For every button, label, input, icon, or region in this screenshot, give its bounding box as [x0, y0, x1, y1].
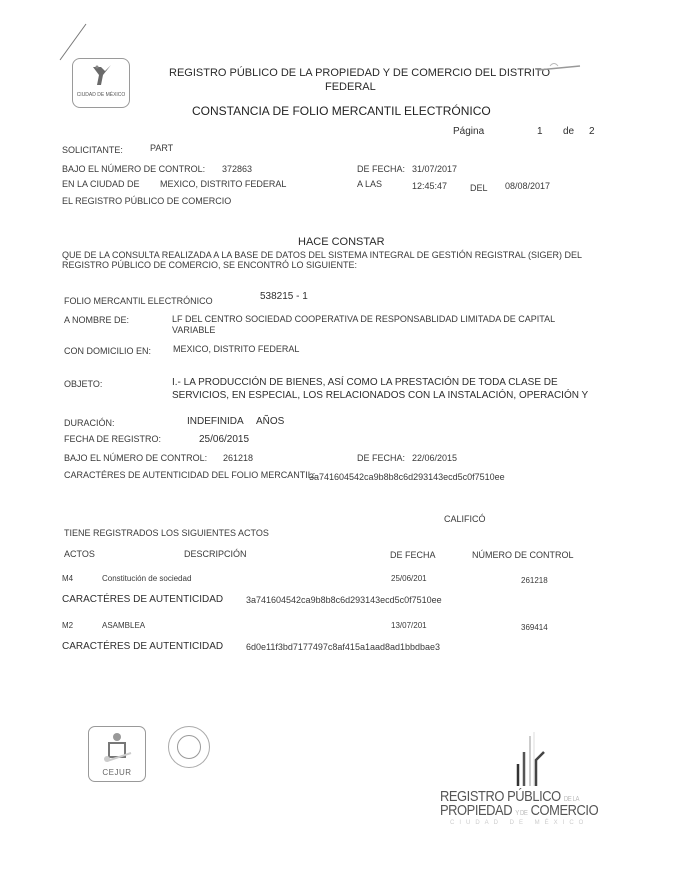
pen-stroke-mark — [58, 22, 88, 62]
fecha-label: DE FECHA: — [357, 164, 405, 174]
duracion-value: INDEFINIDA — [187, 416, 244, 427]
duracion-label: DURACIÓN: — [64, 418, 115, 428]
declaration-line2: REGISTRO PÚBLICO DE COMERCIO, SE ENCONTR… — [62, 260, 357, 270]
folio-control-label: BAJO EL NÚMERO DE CONTROL: — [64, 453, 207, 463]
rppc-columns-icon — [508, 730, 548, 788]
rppc-text-small: Y DE — [515, 810, 527, 817]
row-autenticidad-value: 6d0e11f3bd7177497c8af415a1aad8ad1bbdbae3 — [246, 642, 440, 652]
rppc-line2: PROPIEDAD Y DE COMERCIO — [440, 802, 598, 819]
hace-constar-heading: HACE CONSTAR — [298, 236, 385, 248]
page-label: Página — [453, 126, 484, 137]
folio-control-value: 261218 — [223, 453, 253, 463]
row-descripcion: Constitución de sociedad — [102, 574, 191, 583]
signature-mark — [536, 60, 584, 74]
domicilio-value: MEXICO, DISTRITO FEDERAL — [173, 344, 299, 354]
row-fecha: 13/07/201 — [391, 621, 427, 630]
header-title-line1: REGISTRO PÚBLICO DE LA PROPIEDAD Y DE CO… — [169, 67, 550, 79]
declaration-line1: QUE DE LA CONSULTA REALIZADA A LA BASE D… — [62, 250, 582, 260]
folio-autenticidad-value: 3a741604542ca9b8b8c6d293143ecd5c0f7510ee — [309, 472, 505, 482]
col-fecha: DE FECHA — [390, 550, 436, 560]
rppc-line3: CIUDAD DE MÉXICO — [450, 820, 588, 826]
folio-value: 538215 - 1 — [260, 291, 308, 302]
duracion-unit: AÑOS — [256, 416, 284, 427]
control-label: BAJO EL NÚMERO DE CONTROL: — [62, 164, 205, 174]
cdmx-logo: CIUDAD DE MÉXICO — [72, 58, 130, 108]
control-value: 372863 — [222, 164, 252, 174]
fecha-value: 31/07/2017 — [412, 164, 457, 174]
header-title-line2: FEDERAL — [325, 81, 376, 93]
objeto-line2: SERVICIOS, EN ESPECIAL, LOS RELACIONADOS… — [172, 390, 588, 401]
domicilio-label: CON DOMICILIO EN: — [64, 346, 151, 356]
col-descripcion: DESCRIPCIÓN — [184, 549, 247, 559]
solicitante-value: PART — [150, 143, 173, 153]
cejur-label: CEJUR — [89, 768, 145, 777]
row-acto: M2 — [62, 621, 73, 630]
nombre-line1: LF DEL CENTRO SOCIEDAD COOPERATIVA DE RE… — [172, 314, 555, 324]
folio-label: FOLIO MERCANTIL ELECTRÓNICO — [64, 296, 213, 306]
row-fecha: 25/06/201 — [391, 574, 427, 583]
folio-fecha-value: 22/06/2015 — [412, 453, 457, 463]
rppc-text: PROPIEDAD — [440, 802, 512, 819]
official-seal — [168, 726, 210, 768]
person-icon — [99, 731, 135, 765]
row-autenticidad-label: CARACTÉRES DE AUTENTICIDAD — [62, 594, 223, 605]
nombre-label: A NOMBRE DE: — [64, 315, 129, 325]
objeto-label: OBJETO: — [64, 379, 102, 389]
angel-icon — [87, 63, 115, 89]
registro-line: EL REGISTRO PÚBLICO DE COMERCIO — [62, 196, 231, 206]
solicitante-label: SOLICITANTE: — [62, 145, 123, 155]
ciudad-label: EN LA CIUDAD DE — [62, 179, 140, 189]
col-actos: ACTOS — [64, 549, 95, 559]
fecha-registro-value: 25/06/2015 — [199, 434, 249, 445]
califico-label: CALIFICÓ — [444, 514, 486, 524]
del-value: 08/08/2017 — [505, 181, 550, 191]
row-acto: M4 — [62, 574, 73, 583]
acts-intro: TIENE REGISTRADOS LOS SIGUIENTES ACTOS — [64, 528, 269, 538]
page-of: de — [563, 126, 574, 137]
row-autenticidad-value: 3a741604542ca9b8b8c6d293143ecd5c0f7510ee — [246, 595, 442, 605]
nombre-line2: VARIABLE — [172, 325, 215, 335]
del-label: DEL — [470, 183, 488, 193]
row-descripcion: ASAMBLEA — [102, 621, 145, 630]
cdmx-logo-text: CIUDAD DE MÉXICO — [75, 92, 127, 98]
cejur-logo: CEJUR — [88, 726, 146, 782]
fecha-registro-label: FECHA DE REGISTRO: — [64, 434, 161, 444]
row-control: 261218 — [521, 576, 548, 585]
ciudad-value: MEXICO, DISTRITO FEDERAL — [160, 179, 286, 189]
rppc-text: COMERCIO — [531, 802, 599, 819]
rppc-logo: REGISTRO PÚBLICO DE LA PROPIEDAD Y DE CO… — [440, 730, 620, 830]
page-current: 1 — [537, 126, 543, 137]
alas-label: A LAS — [357, 179, 382, 189]
page-total: 2 — [589, 126, 595, 137]
hora-value: 12:45:47 — [412, 181, 447, 191]
seal-emblem-icon — [177, 735, 201, 759]
row-control: 369414 — [521, 623, 548, 632]
folio-autenticidad-label: CARACTÉRES DE AUTENTICIDAD DEL FOLIO MER… — [64, 470, 315, 480]
col-control: NÚMERO DE CONTROL — [472, 550, 574, 560]
folio-fecha-label: DE FECHA: — [357, 453, 405, 463]
row-autenticidad-label: CARACTÉRES DE AUTENTICIDAD — [62, 641, 223, 652]
objeto-line1: I.- LA PRODUCCIÓN DE BIENES, ASÍ COMO LA… — [172, 377, 558, 388]
document-subtitle: CONSTANCIA DE FOLIO MERCANTIL ELECTRÓNIC… — [192, 104, 491, 118]
